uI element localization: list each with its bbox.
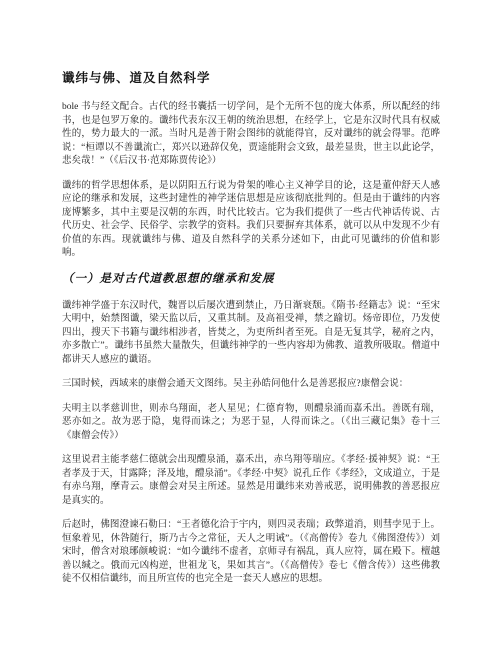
intro-paragraph-1: bole 书与经文配合。古代的经书囊括一切学问，是个无所不包的庞大体系，所以配经… [62,101,440,169]
section-1-paragraph-1: 谶纬神学盛于东汉时代，魏晋以后屡次遭到禁止，乃日渐衰颓。《隋书·经籍志》说：“至… [62,300,440,368]
section-1-heading: （一）是对古代道教思想的继承和发展 [62,272,440,287]
document-page: 谶纬与佛、道及自然科学 bole 书与经文配合。古代的经书囊括一切学问，是个无所… [0,0,500,647]
section-1-paragraph-4: 后赵时，佛图澄谏石勒曰：“王者德化洽于宇内，则四灵表瑞；政弊道消，则彗孛见于上。… [62,519,440,587]
section-1-quote-paragraph: 夫明主以孝慈训世，则赤乌翔面，老人星见；仁德育物，则醴泉涌而嘉禾出。善既有瑞，恶… [62,403,440,444]
intro-paragraph-2: 谶纬的哲学思想体系，是以阴阳五行说为骨架的唯心主义神学目的论，这是董仲舒天人感应… [62,180,440,261]
section-1-paragraph-2: 三国时候，西域来的康僧会通天文图纬。吴主孙皓问他什么是善恶报应?康僧会说： [62,378,440,392]
document-title: 谶纬与佛、道及自然科学 [62,70,440,86]
section-1-paragraph-3: 这里说君主能孝慈仁德就会出现醴泉涌，嘉禾出，赤乌翔等瑞应。《孝经·援神契》说：“… [62,454,440,508]
